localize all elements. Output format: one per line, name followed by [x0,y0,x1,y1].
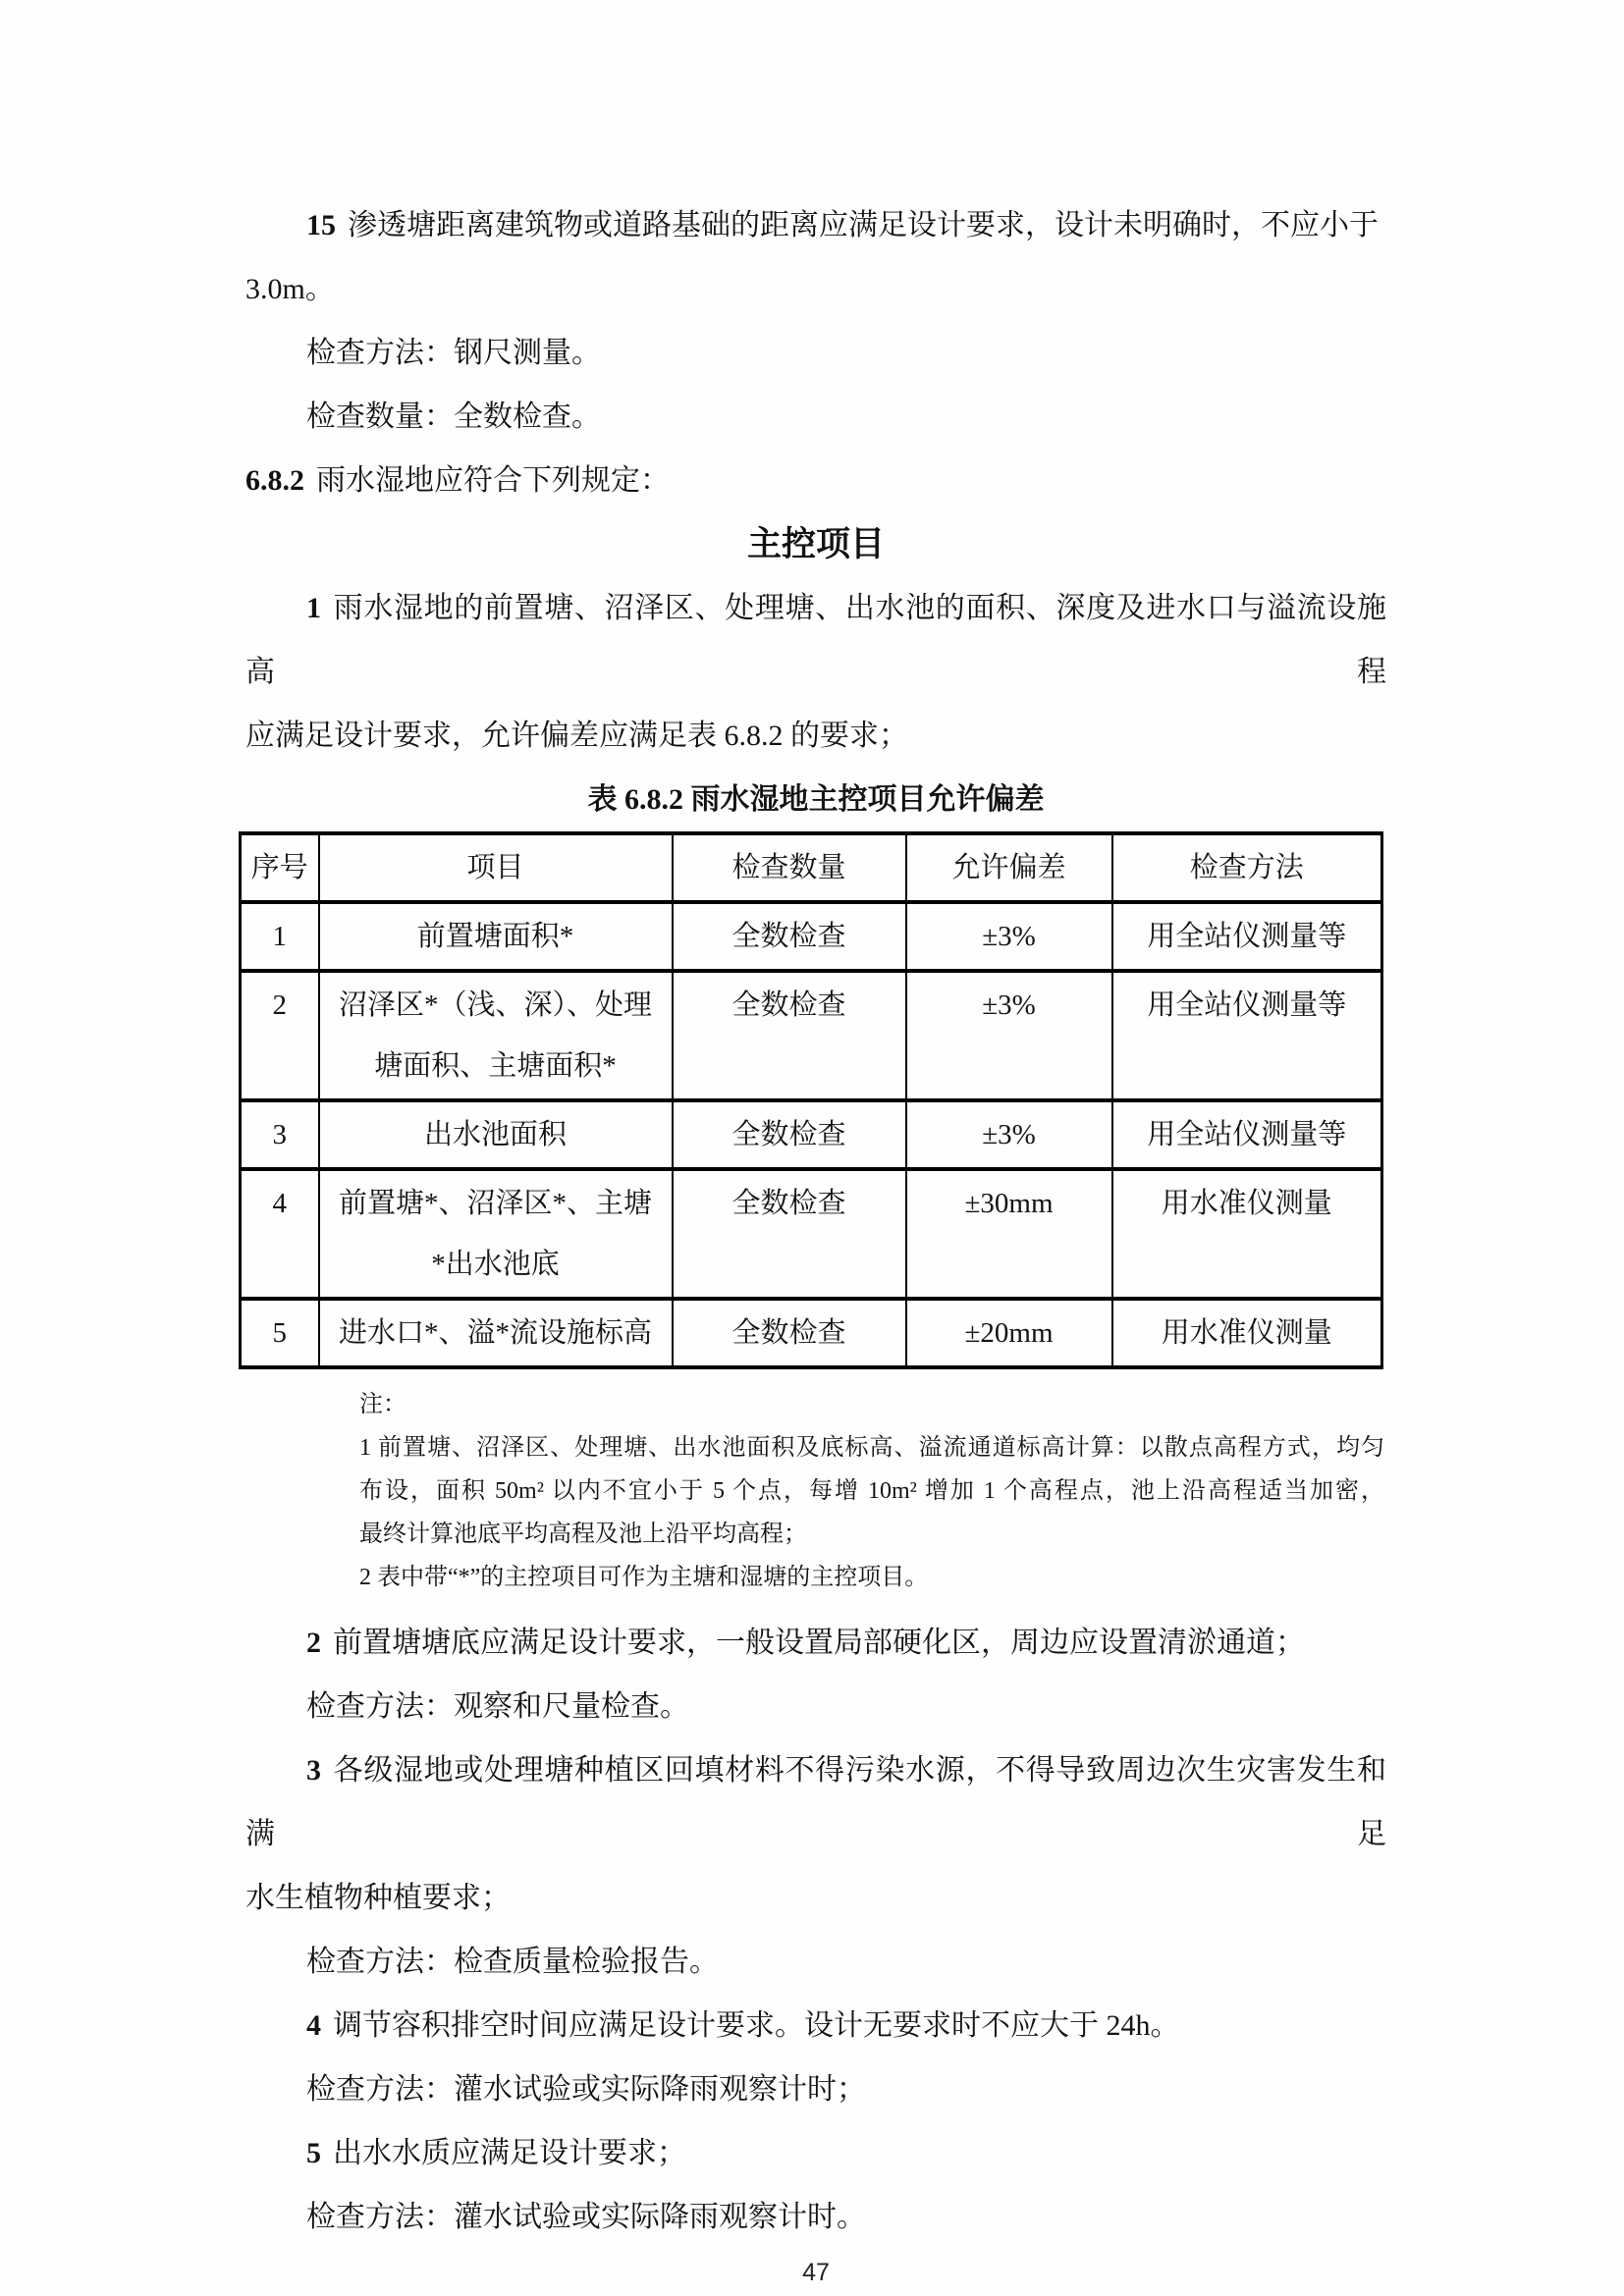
cell-method: 用水准仪测量 [1112,1169,1382,1299]
cell-serial: 5 [241,1299,319,1367]
clause-2-text: 前置塘塘底应满足设计要求，一般设置局部硬化区，周边应设置清淤通道； [333,1627,1305,1659]
header-check-method: 检查方法 [1112,833,1382,902]
cell-quantity: 全数检查 [673,1169,906,1299]
clause-4-number: 4 [306,2009,321,2042]
cell-method: 用全站仪测量等 [1112,1100,1382,1169]
cell-item: 前置塘*、沼泽区*、主塘 *出水池底 [319,1169,673,1299]
clause-5: 5出水水质应满足设计要求； [245,2121,1386,2185]
note-1-line-1: 1 前置塘、沼泽区、处理塘、出水池面积及底标高、溢流通道标高计算：以散点高程方式… [359,1426,1384,1469]
table-header-row: 序号 项目 检查数量 允许偏差 检查方法 [241,833,1382,902]
cell-item: 沼泽区*（浅、深）、处理 塘面积、主塘面积* [319,971,673,1100]
check-method-4: 检查方法：灌水试验或实际降雨观察计时； [245,2057,1386,2121]
header-allowable-deviation: 允许偏差 [906,833,1112,902]
cell-deviation: ±20mm [906,1299,1112,1367]
cell-serial: 4 [241,1169,319,1299]
clause-1-line-1: 1雨水湿地的前置塘、沼泽区、处理塘、出水池的面积、深度及进水口与溢流设施高程 [245,576,1386,704]
clause-15-number: 15 [306,209,336,241]
clause-4: 4调节容积排空时间应满足设计要求。设计无要求时不应大于 24h。 [245,1994,1386,2057]
cell-quantity: 全数检查 [673,1299,906,1367]
check-method-2: 检查方法：观察和尺量检查。 [245,1675,1386,1738]
table-row: 1 前置塘面积* 全数检查 ±3% 用全站仪测量等 [241,902,1382,971]
table-row: 2 沼泽区*（浅、深）、处理 塘面积、主塘面积* 全数检查 ±3% 用全站仪测量… [241,971,1382,1100]
check-method-5: 检查方法：灌水试验或实际降雨观察计时。 [245,2185,1386,2249]
tolerance-table: 序号 项目 检查数量 允许偏差 检查方法 1 前置塘面积* 全数检查 ±3% 用… [239,831,1383,1369]
cell-deviation: ±3% [906,902,1112,971]
section-number: 6.8.2 [245,464,304,497]
clause-5-number: 5 [306,2137,321,2169]
cell-quantity: 全数检查 [673,1100,906,1169]
cell-item: 出水池面积 [319,1100,673,1169]
table-caption: 表 6.8.2 雨水湿地主控项目允许偏差 [245,768,1386,831]
table-notes: 注： 1 前置塘、沼泽区、处理塘、出水池面积及底标高、溢流通道标高计算：以散点高… [359,1383,1384,1599]
note-1-line-2: 布设，面积 50m² 以内不宜小于 5 个点，每增 10m² 增加 1 个高程点… [359,1469,1384,1513]
check-method-3: 检查方法：检查质量检验报告。 [245,1930,1386,1994]
clause-3-text: 各级湿地或处理塘种植区回填材料不得污染水源，不得导致周边次生灾害发生和满足 [245,1754,1386,1850]
check-quantity-1: 检查数量：全数检查。 [245,385,1386,449]
main-control-items-heading: 主控项目 [245,512,1386,576]
clause-1-line-2: 应满足设计要求，允许偏差应满足表 6.8.2 的要求； [245,704,1386,768]
clause-4-text: 调节容积排空时间应满足设计要求。设计无要求时不应大于 24h。 [333,2009,1180,2042]
cell-method: 用全站仪测量等 [1112,971,1382,1100]
cell-deviation: ±3% [906,1100,1112,1169]
header-check-quantity: 检查数量 [673,833,906,902]
check-method-1: 检查方法：钢尺测量。 [245,321,1386,385]
clause-2: 2前置塘塘底应满足设计要求，一般设置局部硬化区，周边应设置清淤通道； [245,1611,1386,1675]
header-item: 项目 [319,833,673,902]
cell-quantity: 全数检查 [673,902,906,971]
clause-1-text: 雨水湿地的前置塘、沼泽区、处理塘、出水池的面积、深度及进水口与溢流设施高程 [245,592,1386,688]
clause-3-line-2: 水生植物种植要求； [245,1866,1386,1930]
clause-3-number: 3 [306,1754,321,1787]
cell-quantity: 全数检查 [673,971,906,1100]
document-page: 15渗透塘距离建筑物或道路基础的距离应满足设计要求，设计未明确时，不应小于 3.… [0,0,1624,2296]
table-row: 4 前置塘*、沼泽区*、主塘 *出水池底 全数检查 ±30mm 用水准仪测量 [241,1169,1382,1299]
section-text: 雨水湿地应符合下列规定： [316,464,670,497]
cell-item: 前置塘面积* [319,902,673,971]
cell-item: 进水口*、溢*流设施标高 [319,1299,673,1367]
clause-2-number: 2 [306,1627,321,1659]
cell-serial: 3 [241,1100,319,1169]
cell-deviation: ±3% [906,971,1112,1100]
cell-serial: 2 [241,971,319,1100]
page-number: 47 [245,2253,1386,2292]
clause-15: 15渗透塘距离建筑物或道路基础的距离应满足设计要求，设计未明确时，不应小于 3.… [245,193,1386,321]
notes-label: 注： [359,1383,1384,1426]
clause-5-text: 出水水质应满足设计要求； [333,2137,686,2169]
cell-method: 用水准仪测量 [1112,1299,1382,1367]
cell-method: 用全站仪测量等 [1112,902,1382,971]
table-row: 3 出水池面积 全数检查 ±3% 用全站仪测量等 [241,1100,1382,1169]
note-2: 2 表中带“*”的主控项目可作为主塘和湿塘的主控项目。 [359,1556,1384,1599]
clause-1-number: 1 [306,592,321,624]
clause-3-line-1: 3各级湿地或处理塘种植区回填材料不得污染水源，不得导致周边次生灾害发生和满足 [245,1738,1386,1866]
section-6-8-2: 6.8.2雨水湿地应符合下列规定： [245,449,1386,512]
clause-15-text: 渗透塘距离建筑物或道路基础的距离应满足设计要求，设计未明确时，不应小于 3.0m… [245,209,1379,305]
cell-deviation: ±30mm [906,1169,1112,1299]
table-row: 5 进水口*、溢*流设施标高 全数检查 ±20mm 用水准仪测量 [241,1299,1382,1367]
cell-serial: 1 [241,902,319,971]
note-1-line-3: 最终计算池底平均高程及池上沿平均高程； [359,1513,1384,1556]
header-serial-number: 序号 [241,833,319,902]
